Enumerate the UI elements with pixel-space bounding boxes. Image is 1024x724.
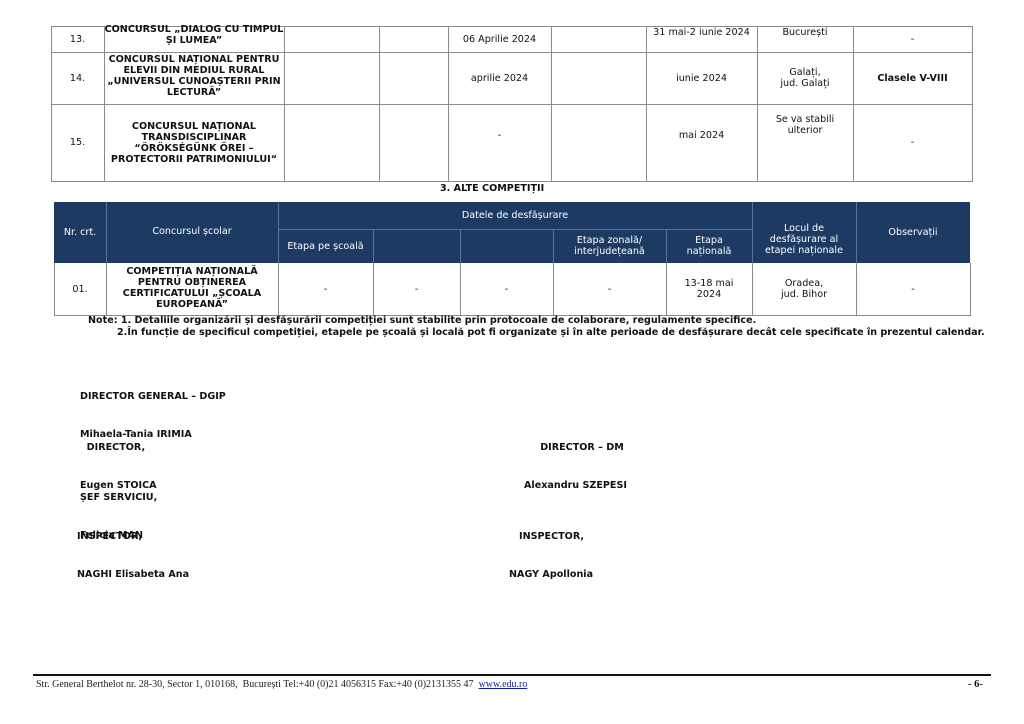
stage-date: aprilie 2024 <box>448 52 551 104</box>
signature-block: INSPECTOR, NAGHI Elisabeta Ana <box>77 506 189 606</box>
section-title: 3. ALTE COMPETIȚII <box>440 183 600 195</box>
observations: - <box>853 26 972 52</box>
school-stage: - <box>278 263 373 315</box>
location: București <box>757 25 853 39</box>
stage-2: - <box>373 263 460 315</box>
header-school-stage: Etapa pe școală <box>278 229 373 263</box>
note-1: Note: 1. Detaliile organizării și desfăș… <box>88 315 756 327</box>
national-stage: 13-18 mai 2024 <box>666 263 752 315</box>
national-stage-date: iunie 2024 <box>646 52 757 104</box>
zonal-stage: - <box>553 263 666 315</box>
row-number: 01. <box>54 263 106 315</box>
contest-name: CONCURSUL NAȚIONAL TRANSDISCIPLINAR “ÖRÖ… <box>104 104 284 181</box>
observations: Clasele V-VIII <box>853 52 972 104</box>
row-number: 13. <box>51 26 104 52</box>
contest-name: CONCURSUL „DIALOG CU TIMPUL ȘI LUMEA” <box>104 24 284 50</box>
stage-date: - <box>448 104 551 167</box>
signature-title: ȘEF SERVICIU, <box>80 492 157 505</box>
footer-divider <box>33 674 991 676</box>
note-2: 2.În funcție de specificul competiției, … <box>117 327 985 339</box>
signature-name: NAGHI Elisabeta Ana <box>77 569 189 582</box>
observations: - <box>853 104 972 181</box>
stage-date: 06 Aprilie 2024 <box>448 26 551 52</box>
location: Galați, jud. Galați <box>757 52 853 104</box>
signature-name: Alexandru SZEPESI <box>524 480 627 493</box>
footer-address: Str. General Berthelot nr. 28-30, Sector… <box>36 679 527 690</box>
row-number: 14. <box>51 52 104 104</box>
location: Se va stabili ulterior <box>757 110 853 140</box>
signature-title: INSPECTOR, <box>509 531 593 544</box>
header-zonal-stage: Etapa zonală/ interjudețeană <box>553 229 666 263</box>
website-link[interactable]: www.edu.ro <box>479 679 528 690</box>
signature-title: DIRECTOR, <box>80 442 157 455</box>
header-stage-2 <box>373 229 460 263</box>
location: Oradea, jud. Bihor <box>752 263 856 315</box>
stage-3: - <box>460 263 553 315</box>
national-stage-date: 31 mai-2 iunie 2024 <box>646 25 757 39</box>
header-dates-group: Datele de desfășurare <box>278 202 752 229</box>
signature-name: NAGY Apollonia <box>509 569 593 582</box>
contest-name: CONCURSUL NAȚIONAL PENTRU ELEVII DIN MED… <box>104 50 284 102</box>
header-observations: Observații <box>856 202 970 263</box>
header-national-stage: Etapa națională <box>666 229 752 263</box>
header-nr: Nr. crt. <box>54 202 106 263</box>
signature-title: DIRECTOR – DM <box>524 442 627 455</box>
row-number: 15. <box>51 104 104 181</box>
contest-name: COMPETIȚIA NAȚIONALĂ PENTRU OBȚINEREA CE… <box>106 262 278 314</box>
address-text: Str. General Berthelot nr. 28-30, Sector… <box>36 679 479 690</box>
signature-title: DIRECTOR GENERAL – DGIP <box>80 391 226 404</box>
header-stage-3 <box>460 229 553 263</box>
observations: - <box>856 263 970 315</box>
national-stage-date: mai 2024 <box>646 104 757 167</box>
signature-block: INSPECTOR, NAGY Apollonia <box>509 506 593 606</box>
header-contest: Concursul școlar <box>106 202 278 260</box>
signature-block: DIRECTOR – DM Alexandru SZEPESI <box>524 417 627 517</box>
page-number: - 6- <box>968 679 983 690</box>
signature-title: INSPECTOR, <box>77 531 189 544</box>
